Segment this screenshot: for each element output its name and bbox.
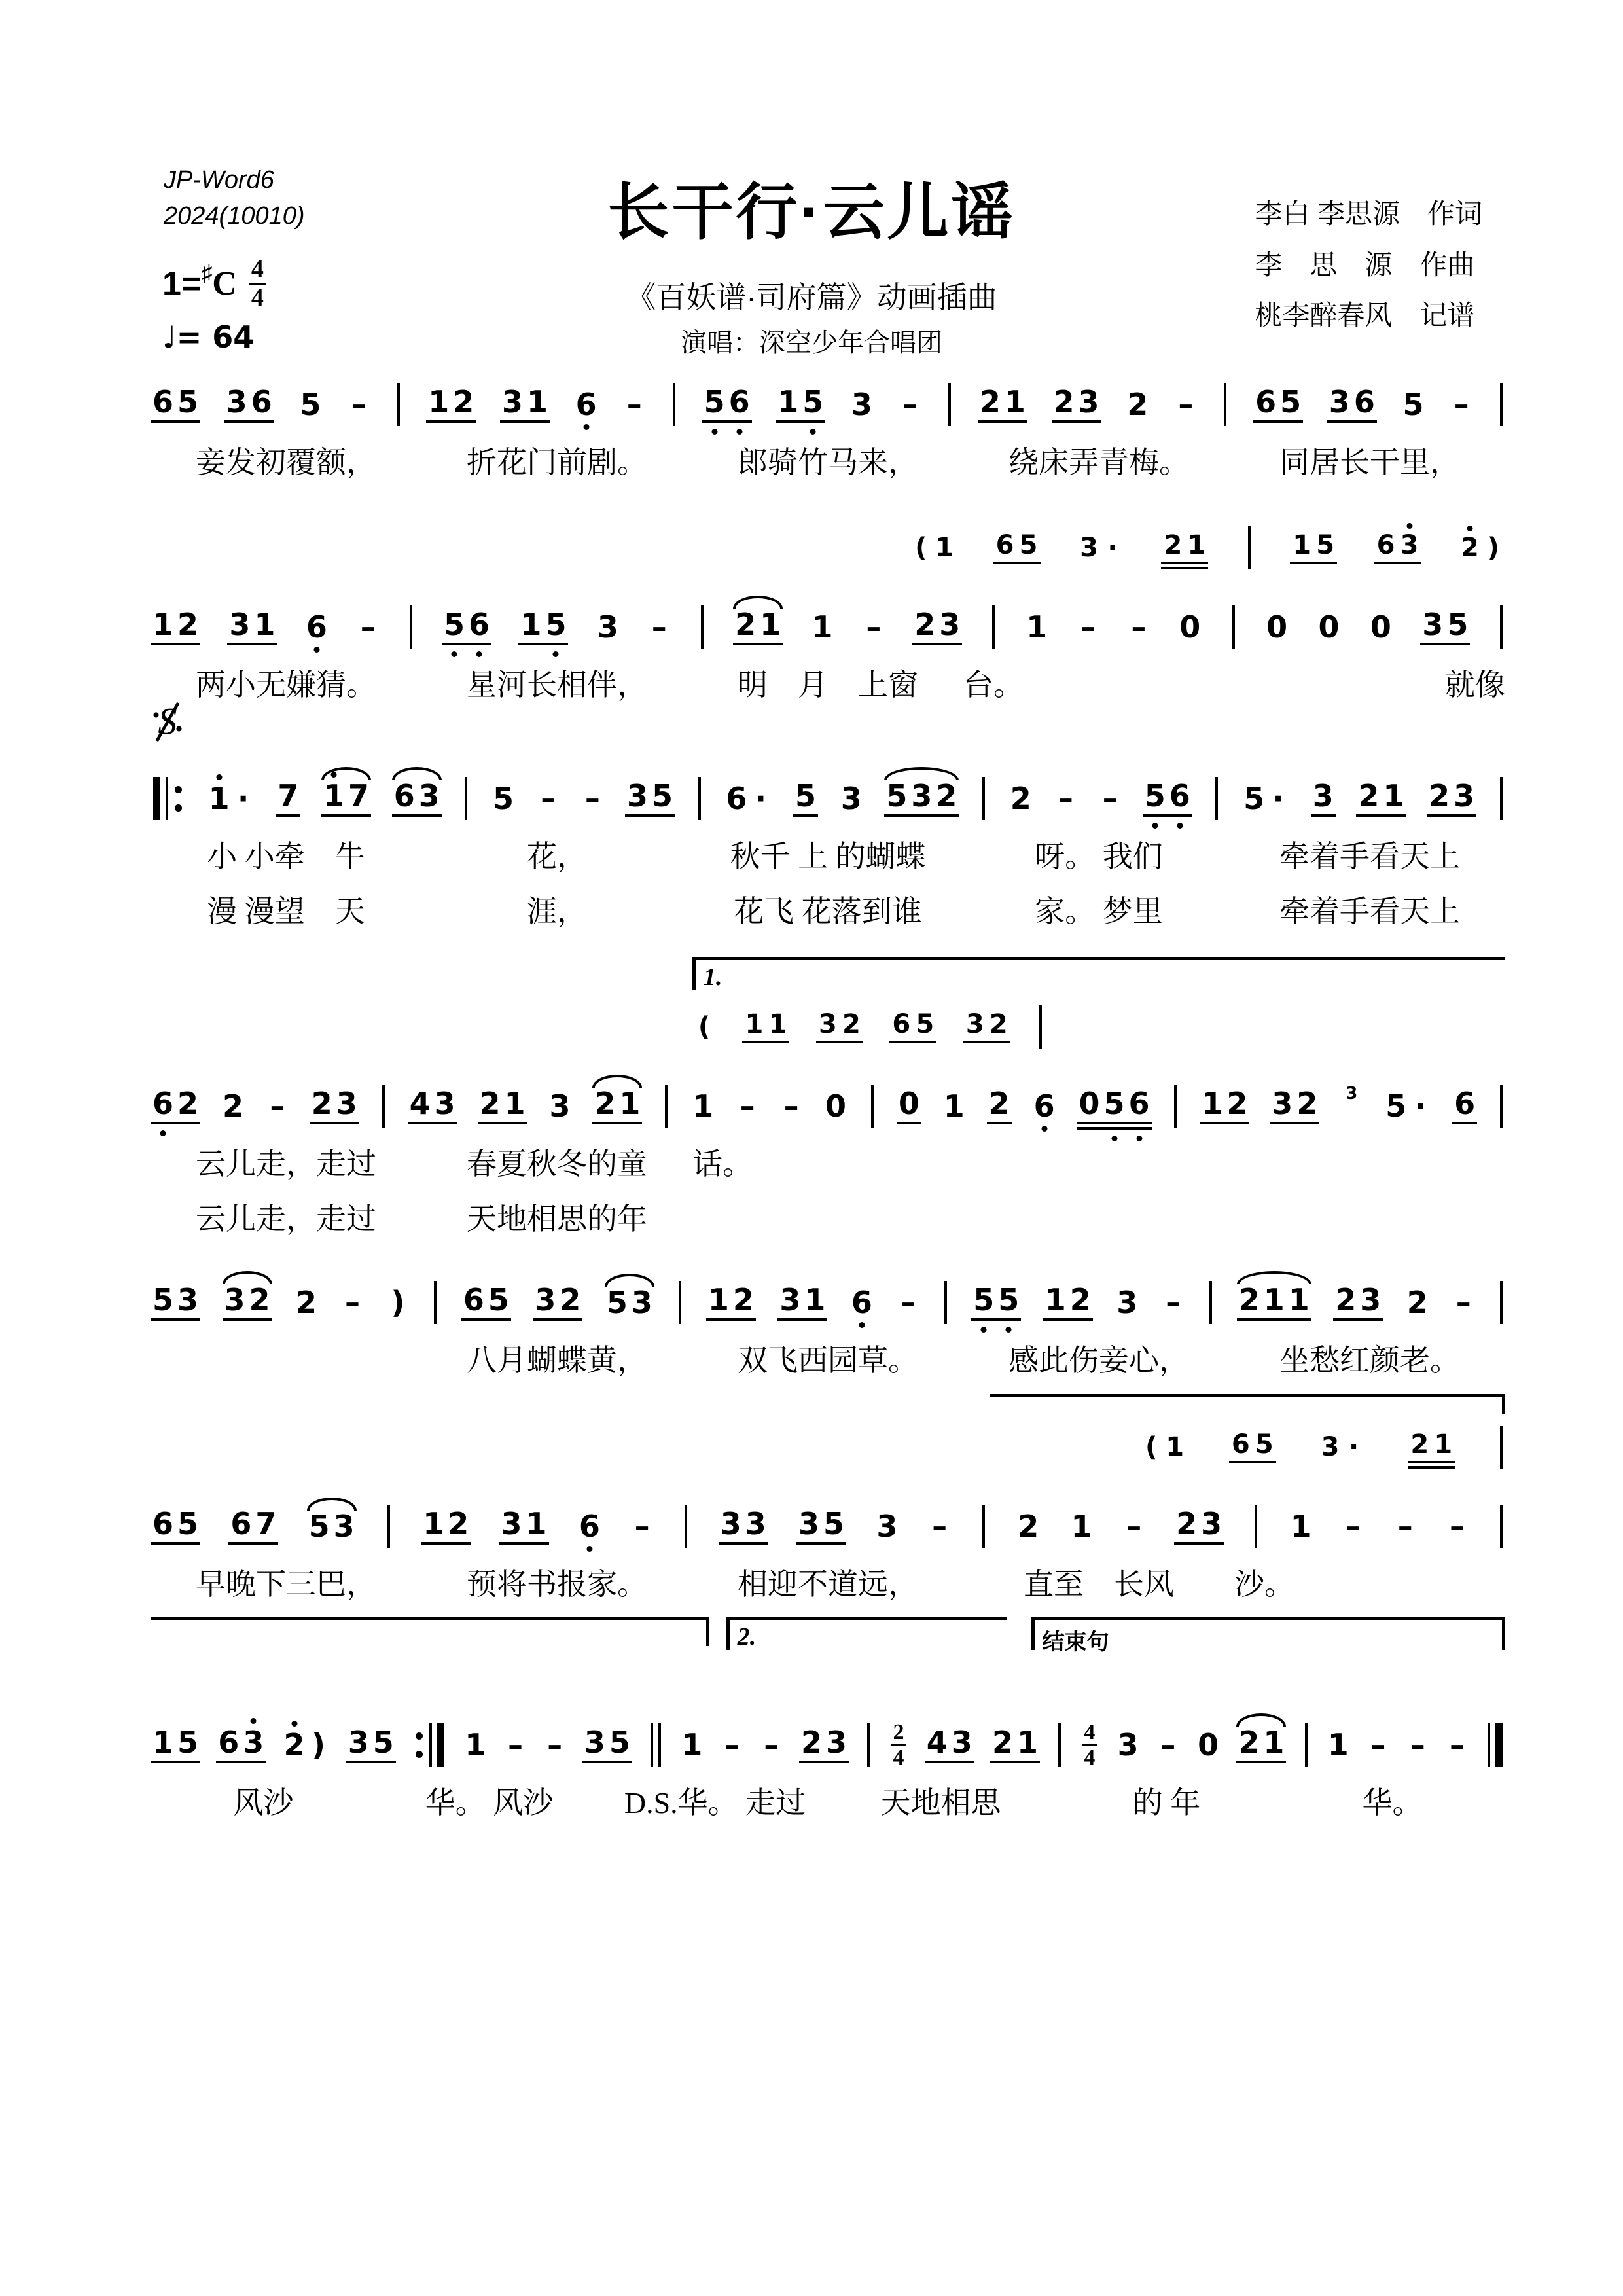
note-token: 1 [1289, 1511, 1313, 1542]
note-token: ) [386, 1287, 410, 1318]
dash-note: – [647, 611, 671, 643]
barline [1500, 1281, 1503, 1324]
note-digit: · [1101, 534, 1124, 562]
time-signature: 4 4 [249, 257, 266, 312]
note-digit: 0 [1177, 611, 1202, 643]
note-digit: 1 [1261, 1727, 1286, 1758]
lyric-cell: 的 年 [1054, 1779, 1279, 1822]
note-token: – [1452, 1287, 1475, 1318]
lyric-cell: 牵着手看天上 [1234, 833, 1505, 876]
lyric-cell: 家。 梦里 [963, 888, 1234, 931]
note-digit: 0 [823, 1090, 848, 1122]
note-token: 0 [1177, 611, 1202, 643]
note-token: 35 [796, 1508, 846, 1545]
note-digit: 1 [942, 1090, 967, 1122]
note-digit: 2 [1236, 1727, 1261, 1758]
barline [465, 777, 467, 820]
note-digit: 3 [1270, 1088, 1294, 1119]
note-digit: 2 [990, 1727, 1015, 1758]
note-token: 15 [151, 1727, 200, 1763]
note-token: 12 [421, 1508, 471, 1545]
system-7: 2. 结束句 15632)351––351––23244321443–0211–… [151, 1617, 1505, 1834]
lyric-cell: 华。 风沙 [376, 1779, 602, 1822]
note-digit: 5 [491, 783, 516, 814]
note-digit: 2 [558, 1284, 582, 1316]
note-token: 211 [1237, 1284, 1311, 1321]
key-signature: 1=♯C 4 4 [162, 257, 266, 312]
lyric-cell: 绕床弄青梅。 [963, 439, 1234, 482]
dash-note: – [1127, 611, 1150, 643]
note-digit: 5 [1241, 783, 1266, 814]
note-token: 35 [346, 1727, 396, 1763]
note-token: 65 [151, 1508, 200, 1545]
note-digit: 1 [252, 609, 277, 640]
volta-1-label: 1. [704, 963, 722, 992]
lyric-cell: 预将书报家。 [421, 1560, 692, 1604]
note-digit: 5 [1445, 609, 1470, 640]
volta-2-label: 2. [738, 1623, 757, 1651]
note-digit: 3 [777, 1284, 802, 1316]
note-token: – [1127, 611, 1150, 643]
note-token: 6 [849, 1287, 874, 1318]
note-token: – [1450, 389, 1473, 420]
note-digit: 5 [1313, 531, 1337, 559]
note-digit: 5 [1253, 1431, 1276, 1458]
note-token: – [622, 389, 646, 420]
barline [867, 1723, 870, 1767]
barline [651, 1723, 653, 1767]
tempo-marking: ♩= 64 [162, 319, 254, 355]
note-token: – [1406, 1729, 1429, 1761]
barline [1500, 777, 1503, 820]
lyrics-line: 风沙华。 风沙D.S.华。 走过天地相思的 年华。 [151, 1779, 1505, 1834]
lyric-cell: 折花门前剧。 [421, 439, 692, 482]
note-token: 53 [605, 1287, 654, 1318]
barline [658, 1723, 661, 1767]
note-digit: 1 [421, 1508, 446, 1539]
note-digit: 2 [175, 1088, 200, 1119]
note-token: 63 [392, 780, 442, 817]
note-digit: 1 [524, 1508, 549, 1539]
note-token: – [736, 1090, 759, 1122]
lyric-cell: 台。 [963, 661, 1234, 704]
barline [1058, 1723, 1061, 1767]
note-token: 2 [294, 1287, 319, 1318]
note-digit: 3 [223, 1284, 247, 1316]
lyric-cell: 华。 [1279, 1779, 1505, 1822]
dash-note: – [1450, 389, 1473, 420]
note-digit: 0 [1264, 611, 1289, 643]
system-3: S 1·717635––356·535322––565·32123 小 小牵 牛… [151, 699, 1505, 942]
note-digit: 2 [451, 386, 476, 418]
note-token: 62 [151, 1088, 200, 1124]
dash-note: – [760, 1729, 783, 1761]
note-digit: 5 [543, 609, 568, 640]
note-digit: 0 [1368, 611, 1393, 643]
lyric-cell: 云儿走，走过 [151, 1140, 421, 1183]
note-digit: 5 [605, 1287, 630, 1318]
notes-line: 65365–12316–56153–21232–65365– [151, 353, 1505, 439]
note-token: 0 [1264, 611, 1289, 643]
note-token: 65 [889, 1011, 936, 1043]
note-digit: 6 [151, 386, 175, 418]
note-digit: 6 [849, 1287, 874, 1318]
coda-bracket: 结束句 [1031, 1617, 1506, 1650]
note-token: 5 [1400, 389, 1425, 420]
note-token: 3 [1115, 1287, 1139, 1318]
note-token: 2 [1125, 389, 1150, 420]
lyric-cell: 明 月 上窗 [692, 661, 963, 704]
note-digit: 3 [719, 1508, 743, 1539]
note-digit: 1 [1024, 611, 1049, 643]
barline [673, 383, 675, 426]
barline [1500, 383, 1503, 426]
dash-note: – [543, 1729, 567, 1761]
note-digit: 0 [1196, 1729, 1221, 1761]
note-digit: 3 [816, 1011, 840, 1038]
dash-note: – [1393, 1511, 1417, 1542]
dash-note: – [899, 389, 922, 420]
note-token: – [1342, 1511, 1365, 1542]
dash-note: – [1077, 611, 1100, 643]
note-digit: 3 [227, 609, 252, 640]
note-digit: 6 [228, 1508, 253, 1539]
barline [1232, 605, 1235, 649]
dash-note: – [1366, 1729, 1390, 1761]
dash-note: – [347, 389, 370, 420]
segno-icon: S [151, 699, 185, 748]
dash-note: – [1174, 389, 1198, 420]
note-digit: 3 [849, 389, 874, 420]
note-digit: 5 [1017, 531, 1041, 559]
note-token: 65 [151, 386, 200, 423]
note-digit: 3 [1115, 1287, 1139, 1318]
note-digit: 3 [499, 1508, 524, 1539]
dash-note: – [580, 783, 604, 814]
note-token: 32 [963, 1011, 1010, 1043]
note-digit: ) [386, 1287, 410, 1318]
note-token: 3 [839, 783, 864, 814]
note-digit: 1 [706, 1284, 731, 1316]
note-digit: 3 [950, 1727, 974, 1758]
note-token: 21 [1161, 531, 1208, 564]
barline [665, 1085, 668, 1128]
note-digit: 2 [1161, 531, 1185, 559]
note-token: – [760, 1729, 783, 1761]
note-digit: 2 [1008, 783, 1033, 814]
coda-label: 结束句 [1043, 1624, 1109, 1656]
note-digit: 1 [321, 780, 346, 812]
note-digit: 5 [884, 780, 909, 812]
note-digit: 5 [702, 386, 727, 418]
note-digit: 5 [175, 1508, 200, 1539]
lyric-cell: 小 小牵 牛 [151, 833, 421, 876]
note-digit: · [232, 783, 255, 814]
dash-note: – [1342, 1511, 1365, 1542]
dash-note: – [622, 389, 646, 420]
note-token: 21 [1356, 780, 1406, 817]
barline [382, 1085, 385, 1128]
note-digit: 6 [577, 1511, 602, 1542]
lyric-cell: 云儿走，走过 [151, 1195, 421, 1238]
lyric-cell: 感此伤妾心， [963, 1336, 1234, 1380]
barline-group [648, 1723, 664, 1767]
note-token: 43 [925, 1727, 974, 1763]
key-prefix: 1= [162, 264, 201, 304]
lyrics-line: 早晚下三巴，预将书报家。相迎不道远，直至 长风沙。 [151, 1560, 1505, 1615]
note-digit: 3 [1327, 386, 1352, 418]
note-token: 67 [228, 1508, 278, 1545]
note-token: 0 [897, 1088, 921, 1124]
note-digit: 0 [1316, 611, 1341, 643]
note-token: 17 [321, 780, 371, 817]
dash-note: – [1452, 1287, 1475, 1318]
barline-group [151, 777, 186, 820]
barline [685, 1505, 687, 1548]
lyric-cell: 花飞 花落到谁 [692, 888, 963, 931]
note-digit: 1 [810, 611, 834, 643]
note-digit: 5 [1400, 389, 1425, 420]
note-token: 12 [426, 386, 476, 423]
note-digit: 1 [1043, 1284, 1068, 1316]
barline [1495, 1723, 1503, 1767]
barline [982, 777, 985, 820]
lyric-cell: 春夏秋冬的童 [421, 1140, 692, 1183]
interlude-phrase: (11326532 [692, 984, 1044, 1055]
note-token: 2) [1458, 534, 1505, 562]
lyric-cell: 秋千 上 的蝴蝶 [692, 833, 963, 876]
note-digit: 2 [310, 1088, 334, 1119]
note-digit: 3 [1340, 1085, 1363, 1103]
note-token: – [1156, 1729, 1180, 1761]
lyrics-line-verse2: 漫 漫望 天涯，花飞 花落到谁家。 梦里牵着手看天上 [151, 888, 1505, 942]
note-token: 21 [592, 1088, 642, 1124]
note-token: – [928, 1511, 952, 1542]
dash-note: – [1054, 783, 1077, 814]
interlude-annotation-row: (1653·21 [151, 1394, 1505, 1475]
note-digit: 5 [371, 1727, 396, 1758]
note-digit: 3 [1452, 780, 1476, 812]
note-token: 5 [298, 389, 323, 420]
note-digit: 6 [1374, 531, 1398, 559]
note-digit: 5 [175, 386, 200, 418]
meter-top: 4 [249, 257, 266, 285]
note-digit: 3 [963, 1011, 987, 1038]
note-token: 2 [1016, 1511, 1041, 1542]
note-token: – [1054, 783, 1077, 814]
note-digit: 3 [1311, 780, 1336, 812]
barline [397, 383, 400, 426]
note-digit: 2 [1125, 389, 1150, 420]
system-4: 1. (11326532 622–2343213211––00126056123… [151, 957, 1505, 1250]
barline [166, 777, 168, 820]
note-digit: 3 [433, 1088, 457, 1119]
note-digit: 6 [151, 1508, 175, 1539]
note-token: 7 [276, 780, 300, 817]
notes-line: 15632)351––351––23244321443–0211––– [151, 1694, 1505, 1779]
note-token: 5 [491, 783, 516, 814]
note-digit: 1 [1287, 1284, 1311, 1316]
note-digit: 3 [1077, 386, 1101, 418]
note-token: 36 [1327, 386, 1377, 423]
note-digit: 3 [1319, 1433, 1342, 1461]
note-token: 3 [1116, 1729, 1141, 1761]
note-digit: 3 [1398, 531, 1421, 559]
note-digit: 2 [1405, 1287, 1430, 1318]
note-digit: 1 [776, 386, 800, 418]
note-digit: 2 [1068, 1284, 1093, 1316]
note-token: ( [692, 1013, 716, 1041]
note-token: 43 [408, 1088, 457, 1124]
note-token: – [779, 1090, 803, 1122]
note-digit: 1 [690, 1090, 715, 1122]
composer-credit: 李 思 源 作曲 [1255, 240, 1482, 291]
note-token: 1 [463, 1729, 488, 1761]
note-digit: 2 [731, 1284, 756, 1316]
note-digit: 1 [758, 609, 783, 640]
lyric-cell: 早晚下三巴， [151, 1560, 421, 1604]
note-token: – [356, 611, 380, 643]
barline [679, 1281, 681, 1324]
note-digit: 1 [1200, 1088, 1224, 1119]
note-token: 1· [207, 783, 255, 814]
repeat-dots [416, 1732, 423, 1758]
barline [1248, 526, 1251, 569]
note-token: – [1366, 1729, 1390, 1761]
note-token: 35 [625, 780, 675, 817]
barline [1215, 777, 1218, 820]
note-digit: 7 [346, 780, 371, 812]
barline [437, 1723, 444, 1767]
note-token: 6 [574, 389, 599, 420]
note-token: – [503, 1729, 527, 1761]
credits: 李白 李思源 作词 李 思 源 作曲 桃李醉春风 记谱 [1255, 188, 1482, 341]
note-token: 23 [1333, 1284, 1383, 1321]
dash-note: – [356, 611, 380, 643]
transcriber-credit: 桃李醉春风 记谱 [1255, 290, 1482, 341]
note-digit: 6 [1168, 780, 1192, 812]
barline [992, 605, 995, 649]
lyrics-line: 八月蝴蝶黄，双飞西园草。感此伤妾心，坐愁红颜老。 [151, 1336, 1505, 1391]
dash-note: – [1406, 1729, 1429, 1761]
note-digit: 5 [1278, 386, 1303, 418]
note-digit: 6 [1352, 386, 1377, 418]
note-token: – [647, 611, 671, 643]
note-token: 1 [810, 611, 834, 643]
dash-note: – [630, 1511, 654, 1542]
note-token: – [1098, 783, 1122, 814]
lyric-cell: 相迎不道远， [692, 1560, 963, 1604]
note-token: – [1446, 1511, 1469, 1542]
interlude-bracket [990, 1394, 1505, 1414]
note-digit: 3 [909, 780, 934, 812]
note-digit: 3 [500, 386, 525, 418]
note-token: 0 [1316, 611, 1341, 643]
note-digit: · [1266, 783, 1290, 814]
notes-line: 622–2343213211––00126056123235·6 [151, 1055, 1505, 1140]
note-digit: 5 [1102, 1088, 1127, 1119]
note-token: 5 [793, 780, 818, 817]
note-token: 23 [1427, 780, 1476, 817]
note-digit: 1 [463, 1729, 488, 1761]
note-token: 3· [1077, 534, 1124, 562]
note-digit: 1 [151, 1727, 175, 1758]
note-digit: 1 [503, 1088, 527, 1119]
inline-time-signature: 44 [1082, 1721, 1097, 1769]
note-digit: 5 [442, 609, 467, 640]
notes-line: 12316–56153–211–231––000035 [151, 576, 1505, 661]
meter-bottom: 4 [251, 285, 264, 312]
dash-note: – [862, 611, 885, 643]
note-digit: 2 [1294, 1088, 1319, 1119]
note-token: 056 [1077, 1088, 1152, 1124]
note-digit: 1 [518, 609, 543, 640]
dash-note: – [779, 1090, 803, 1122]
lyric-cell: 八月蝴蝶黄， [421, 1336, 692, 1380]
note-digit: 1 [933, 534, 956, 562]
note-digit: 1 [426, 386, 451, 418]
note-digit: 6 [461, 1284, 486, 1316]
note-token: 2) [282, 1729, 330, 1761]
lyric-cell: 坐愁红颜老。 [1234, 1336, 1505, 1380]
barline [1500, 605, 1503, 649]
note-digit: 1 [151, 609, 175, 640]
note-digit: ( [692, 1013, 716, 1041]
interlude-annotation-row: (1653·2115632) [151, 504, 1505, 576]
note-digit: 3 [824, 1727, 849, 1758]
note-digit: 3 [547, 1090, 572, 1122]
note-token: – [347, 389, 370, 420]
lyric-cell: 星河长相伴， [421, 661, 692, 704]
barline [1255, 1505, 1257, 1548]
lyric-cell: 沙。 [1234, 1560, 1505, 1604]
note-digit: 3 [796, 1508, 821, 1539]
dash-note: – [266, 1090, 289, 1122]
note-token: 32 [1270, 1088, 1319, 1124]
key-letter: C [212, 264, 237, 303]
note-token: 1 [1326, 1729, 1351, 1761]
note-token: 35 [582, 1727, 632, 1763]
lyric-cell: 两小无嫌猜。 [151, 661, 421, 704]
note-token: 65 [993, 531, 1041, 564]
notes-line: 53322–)65325312316–55123–211232– [151, 1251, 1505, 1336]
note-digit: 2 [1333, 1284, 1358, 1316]
barline [982, 1505, 985, 1548]
note-token: 15 [776, 386, 825, 423]
lyric-cell: 直至 长风 [963, 1560, 1234, 1604]
note-token: 3 [547, 1090, 572, 1122]
note-digit: 1 [1015, 1727, 1040, 1758]
note-token: – [1174, 389, 1198, 420]
note-digit: 2 [934, 780, 959, 812]
note-digit: 1 [1290, 531, 1313, 559]
note-digit: · [749, 783, 772, 814]
note-digit: 5 [298, 389, 323, 420]
note-token: 15 [1290, 531, 1337, 564]
note-token: 63 [1374, 531, 1421, 564]
note-digit: 2 [799, 1727, 824, 1758]
system-2: (1653·2115632) 12316–56153–211–231––0000… [151, 504, 1505, 716]
note-digit: 1 [742, 1011, 766, 1038]
note-digit: 5 [821, 1508, 846, 1539]
note-token: – [537, 783, 560, 814]
note-digit: 6 [467, 609, 491, 640]
sharp-icon: ♯ [201, 260, 212, 286]
lyric-cell: 话。 [692, 1140, 963, 1183]
note-digit: 2 [912, 609, 937, 640]
note-digit: 1 [1262, 1284, 1287, 1316]
lyric-cell: 风沙 [151, 1779, 376, 1822]
